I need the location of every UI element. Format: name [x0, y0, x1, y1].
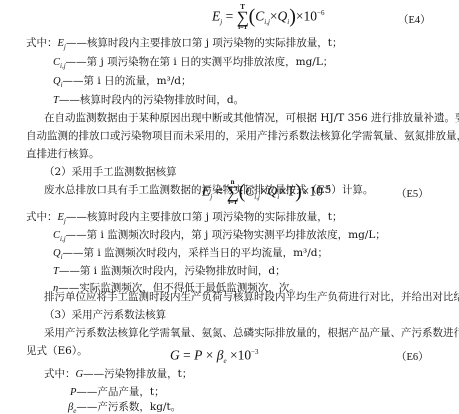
formula-symbol: E — [212, 9, 220, 24]
where-symbol: Q — [53, 248, 61, 259]
formula-factor: ×10 — [296, 9, 317, 24]
formula-factor: ×10 — [302, 184, 323, 199]
where-text: ——第 j 项污染物在第 i 日的实测平均排放浓度，mg/L； — [66, 56, 334, 68]
equals-sign: = — [226, 9, 234, 24]
where-text: ——第 i 监测频次时段内，第 j 项污染物实测平均排放浓度，mg/L； — [66, 229, 386, 241]
paragraph-line: 自动监测的排放口或污染物项目而未采用的，采用产排污系数法核算化学需氧量、氨氮排放… — [26, 129, 459, 143]
formula-e6: G = P × βe ×10−3 — [170, 345, 259, 368]
formula-exponent: −6 — [323, 184, 330, 192]
sum-lower: i=1 — [237, 21, 249, 35]
formula-subscript: j — [210, 193, 212, 201]
where-symbol: G — [76, 369, 84, 380]
where-line: T——核算时段内的污染物排放时间，d。 — [53, 93, 244, 108]
where-line: βe——产污系数，kg/t。 — [68, 400, 181, 414]
formula-symbol: C — [255, 9, 264, 24]
equals-sign: = — [180, 348, 194, 363]
right-paren: ) — [289, 6, 296, 28]
paragraph-line: 直排进行核算。 — [26, 147, 100, 161]
formula-e4: Ej = T∑i=1(Ci,j×Qi)×10−6 — [212, 6, 324, 29]
formula-symbol: E — [202, 184, 210, 199]
where-line: 式中：Ej——核算时段内主要排放口第 j 项污染物的实际排放量，t； — [26, 210, 343, 228]
where-line: Ci,j——第 i 监测频次时段内，第 j 项污染物实测平均排放浓度，mg/L； — [53, 228, 386, 246]
sum-upper: T — [237, 0, 249, 14]
where-prefix: 式中： — [44, 368, 76, 380]
where-line: P——产品产量，t； — [70, 385, 165, 400]
equals-sign: = — [216, 184, 224, 199]
where-line: Qi——第 i 监测频次时段内，采样当日的平均流量，m³/d； — [53, 246, 328, 264]
paragraph-line: 在自动监测数据由于某种原因出现中断或其他情况，可根据 HJ/T 356 进行排放… — [44, 111, 459, 125]
formula-term: ×T — [279, 184, 295, 199]
summation: T∑i=1 — [237, 9, 249, 26]
formula-subscript: j — [220, 18, 222, 26]
where-text: ——核算时段内主要排放口第 j 项污染物的实际排放量，t； — [66, 211, 343, 223]
right-paren: ) — [295, 181, 302, 203]
formula-symbol: Q — [278, 9, 288, 24]
times-sign: × — [202, 348, 216, 363]
where-text: ——污染物排放量，t； — [83, 368, 192, 380]
paragraph-line: 见式（E6）。 — [26, 344, 88, 358]
where-line: Qi——第 i 日的流量，m³/d； — [53, 74, 192, 92]
formula-symbol: Q — [268, 184, 278, 199]
equation-number-e6: （E6） — [396, 349, 429, 364]
where-prefix: 式中： — [26, 37, 58, 49]
where-line: 式中：G——污染物排放量，t； — [44, 367, 192, 382]
formula-factor: ×10 — [227, 348, 252, 363]
where-text: ——核算时段内主要排放口第 j 项污染物的实际排放量，t； — [66, 37, 343, 49]
summation: n∑i=1 — [227, 184, 239, 201]
where-text: ——第 i 监测频次时段内，污染物排放时间，d； — [59, 265, 286, 277]
where-line: T——第 i 监测频次时段内，污染物排放时间，d； — [53, 264, 286, 279]
sum-upper: n — [227, 175, 239, 189]
times-sign: × — [270, 9, 278, 24]
formula-symbol: C — [245, 184, 254, 199]
where-text: ——核算时段内的污染物排放时间，d。 — [59, 94, 244, 106]
where-prefix: 式中： — [26, 211, 58, 223]
formula-exponent: −3 — [251, 348, 258, 356]
times-sign: × — [260, 184, 268, 199]
equation-number-e5: （E5） — [396, 186, 429, 201]
section-heading: （2）采用手工监测数据核算 — [44, 165, 177, 179]
where-symbol: C — [53, 230, 60, 241]
where-text: ——第 i 监测频次时段内，采样当日的平均流量，m³/d； — [63, 247, 328, 259]
section-heading: （3）采用产污系数法核算 — [44, 308, 166, 322]
where-line: 式中：Ej——核算时段内主要排放口第 j 项污染物的实际排放量，t； — [26, 36, 343, 54]
where-symbol: C — [53, 57, 60, 68]
paragraph-line: 采用产污系数法核算化学需氧量、氨氮、总磷实际排放量的，根据产品产量、产污系数进行… — [44, 326, 459, 340]
where-symbol: Q — [53, 76, 61, 87]
where-text: ——第 i 日的流量，m³/d； — [63, 75, 192, 87]
sum-lower: i=1 — [227, 196, 239, 210]
paragraph-line: 排污单位应将手工监测时段内生产负荷与核算时段内平均生产负荷进行对比，并给出对比结… — [44, 290, 459, 304]
where-text: ——产品产量，t； — [76, 386, 164, 398]
where-line: Ci,j——第 j 项污染物在第 i 日的实测平均排放浓度，mg/L； — [53, 55, 333, 73]
formula-symbol: G — [170, 348, 180, 363]
equation-number-e4: （E4） — [398, 12, 431, 27]
formula-exponent: −6 — [317, 9, 324, 17]
where-text: ——产污系数，kg/t。 — [76, 401, 181, 413]
formula-e5: Ej = n∑i=1(Ci,j×Qi×T)×10−6 — [202, 181, 330, 204]
